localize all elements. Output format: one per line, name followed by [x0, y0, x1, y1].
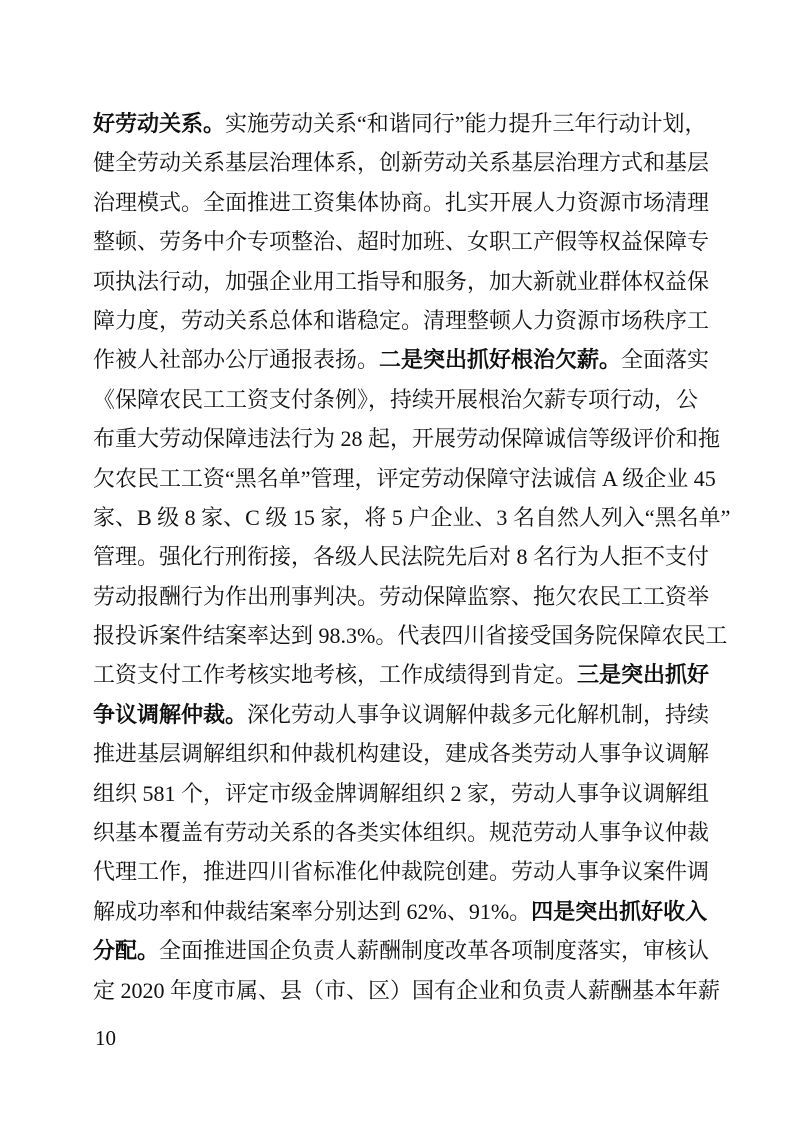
text-segment: 作被人社部办公厅通报表扬。 [93, 347, 379, 372]
text-line: 布重大劳动保障违法行为 28 起，开展劳动保障诚信等级评价和拖 [93, 419, 706, 458]
text-line: 分配。全面推进国企负责人薪酬制度改革各项制度落实，审核认 [93, 931, 706, 970]
text-line: 争议调解仲裁。深化劳动人事争议调解仲裁多元化解机制，持续 [93, 695, 706, 734]
text-segment: 布重大劳动保障违法行为 28 起，开展劳动保障诚信等级评价和拖 [93, 426, 720, 451]
bold-heading-segment: 分配。 [93, 938, 159, 963]
text-segment: 组织 581 个，评定市级金牌调解组织 2 家，劳动人事争议调解组 [93, 781, 709, 806]
text-segment: 工资支付工作考核实地考核，工作成绩得到肯定。 [93, 662, 577, 687]
text-line: 织基本覆盖有劳动关系的各类实体组织。规范劳动人事争议仲裁 [93, 813, 706, 852]
text-segment: 全面推进国企负责人薪酬制度改革各项制度落实，审核认 [159, 938, 709, 963]
text-line: 治理模式。全面推进工资集体协商。扎实开展人力资源市场清理 [93, 183, 706, 222]
text-line: 定 2020 年度市属、县（市、区）国有企业和负责人薪酬基本年薪 [93, 971, 706, 1010]
text-segment: 欠农民工工资“黑名单”管理，评定劳动保障守法诚信 A 级企业 45 [93, 466, 716, 491]
text-segment: 治理模式。全面推进工资集体协商。扎实开展人力资源市场清理 [93, 190, 709, 215]
bold-heading-segment: 二是突出抓好根治欠薪。 [379, 347, 621, 372]
page-number: 10 [95, 1024, 116, 1052]
text-segment: 管理。强化行刑衔接，各级人民法院先后对 8 名行为人拒不支付 [93, 544, 709, 569]
text-line: 组织 581 个，评定市级金牌调解组织 2 家，劳动人事争议调解组 [93, 774, 706, 813]
text-line: 家、B 级 8 家、C 级 15 家，将 5 户企业、3 名自然人列入“黑名单” [93, 498, 706, 537]
text-line: 报投诉案件结案率达到 98.3%。代表四川省接受国务院保障农民工 [93, 616, 706, 655]
text-segment: 《保障农民工工资支付条例》，持续开展根治欠薪专项行动，公 [93, 387, 698, 412]
text-line: 欠农民工工资“黑名单”管理，评定劳动保障守法诚信 A 级企业 45 [93, 459, 706, 498]
text-segment: 解成功率和仲裁结案率分别达到 62%、91%。 [93, 899, 531, 924]
text-line: 推进基层调解组织和仲裁机构建设，建成各类劳动人事争议调解 [93, 734, 706, 773]
bold-heading-segment: 好劳动关系。 [93, 111, 225, 136]
text-segment: 织基本覆盖有劳动关系的各类实体组织。规范劳动人事争议仲裁 [93, 820, 709, 845]
text-segment: 项执法行动，加强企业用工指导和服务，加大新就业群体权益保 [93, 269, 709, 294]
text-line: 作被人社部办公厅通报表扬。二是突出抓好根治欠薪。全面落实 [93, 340, 706, 379]
text-segment: 报投诉案件结案率达到 98.3%。代表四川省接受国务院保障农民工 [93, 623, 727, 648]
text-segment: 障力度，劳动关系总体和谐稳定。清理整顿人力资源市场秩序工 [93, 308, 709, 333]
text-segment: 整顿、劳务中介专项整治、超时加班、女职工产假等权益保障专 [93, 229, 709, 254]
text-line: 障力度，劳动关系总体和谐稳定。清理整顿人力资源市场秩序工 [93, 301, 706, 340]
text-segment: 劳动报酬行为作出刑事判决。劳动保障监察、拖欠农民工工资举 [93, 584, 709, 609]
document-page: 好劳动关系。实施劳动关系“和谐同行”能力提升三年行动计划，健全劳动关系基层治理体… [0, 0, 793, 1122]
text-line: 好劳动关系。实施劳动关系“和谐同行”能力提升三年行动计划， [93, 104, 706, 143]
bold-heading-segment: 四是突出抓好收入 [531, 899, 707, 924]
text-segment: 实施劳动关系“和谐同行”能力提升三年行动计划， [225, 111, 707, 136]
text-line: 项执法行动，加强企业用工指导和服务，加大新就业群体权益保 [93, 262, 706, 301]
text-line: 代理工作，推进四川省标准化仲裁院创建。劳动人事争议案件调 [93, 852, 706, 891]
text-line: 劳动报酬行为作出刑事判决。劳动保障监察、拖欠农民工工资举 [93, 577, 706, 616]
text-line: 整顿、劳务中介专项整治、超时加班、女职工产假等权益保障专 [93, 222, 706, 261]
document-body: 好劳动关系。实施劳动关系“和谐同行”能力提升三年行动计划，健全劳动关系基层治理体… [93, 104, 706, 1010]
text-line: 工资支付工作考核实地考核，工作成绩得到肯定。三是突出抓好 [93, 655, 706, 694]
text-segment: 推进基层调解组织和仲裁机构建设，建成各类劳动人事争议调解 [93, 741, 709, 766]
text-segment: 家、B 级 8 家、C 级 15 家，将 5 户企业、3 名自然人列入“黑名单” [93, 505, 730, 530]
text-line: 《保障农民工工资支付条例》，持续开展根治欠薪专项行动，公 [93, 380, 706, 419]
text-line: 解成功率和仲裁结案率分别达到 62%、91%。四是突出抓好收入 [93, 892, 706, 931]
bold-heading-segment: 三是突出抓好 [577, 662, 709, 687]
text-segment: 深化劳动人事争议调解仲裁多元化解机制，持续 [247, 702, 709, 727]
text-segment: 定 2020 年度市属、县（市、区）国有企业和负责人薪酬基本年薪 [93, 978, 720, 1003]
text-segment: 全面落实 [621, 347, 709, 372]
text-segment: 健全劳动关系基层治理体系，创新劳动关系基层治理方式和基层 [93, 150, 709, 175]
bold-heading-segment: 争议调解仲裁。 [93, 702, 247, 727]
text-line: 管理。强化行刑衔接，各级人民法院先后对 8 名行为人拒不支付 [93, 537, 706, 576]
text-segment: 代理工作，推进四川省标准化仲裁院创建。劳动人事争议案件调 [93, 859, 709, 884]
text-line: 健全劳动关系基层治理体系，创新劳动关系基层治理方式和基层 [93, 143, 706, 182]
